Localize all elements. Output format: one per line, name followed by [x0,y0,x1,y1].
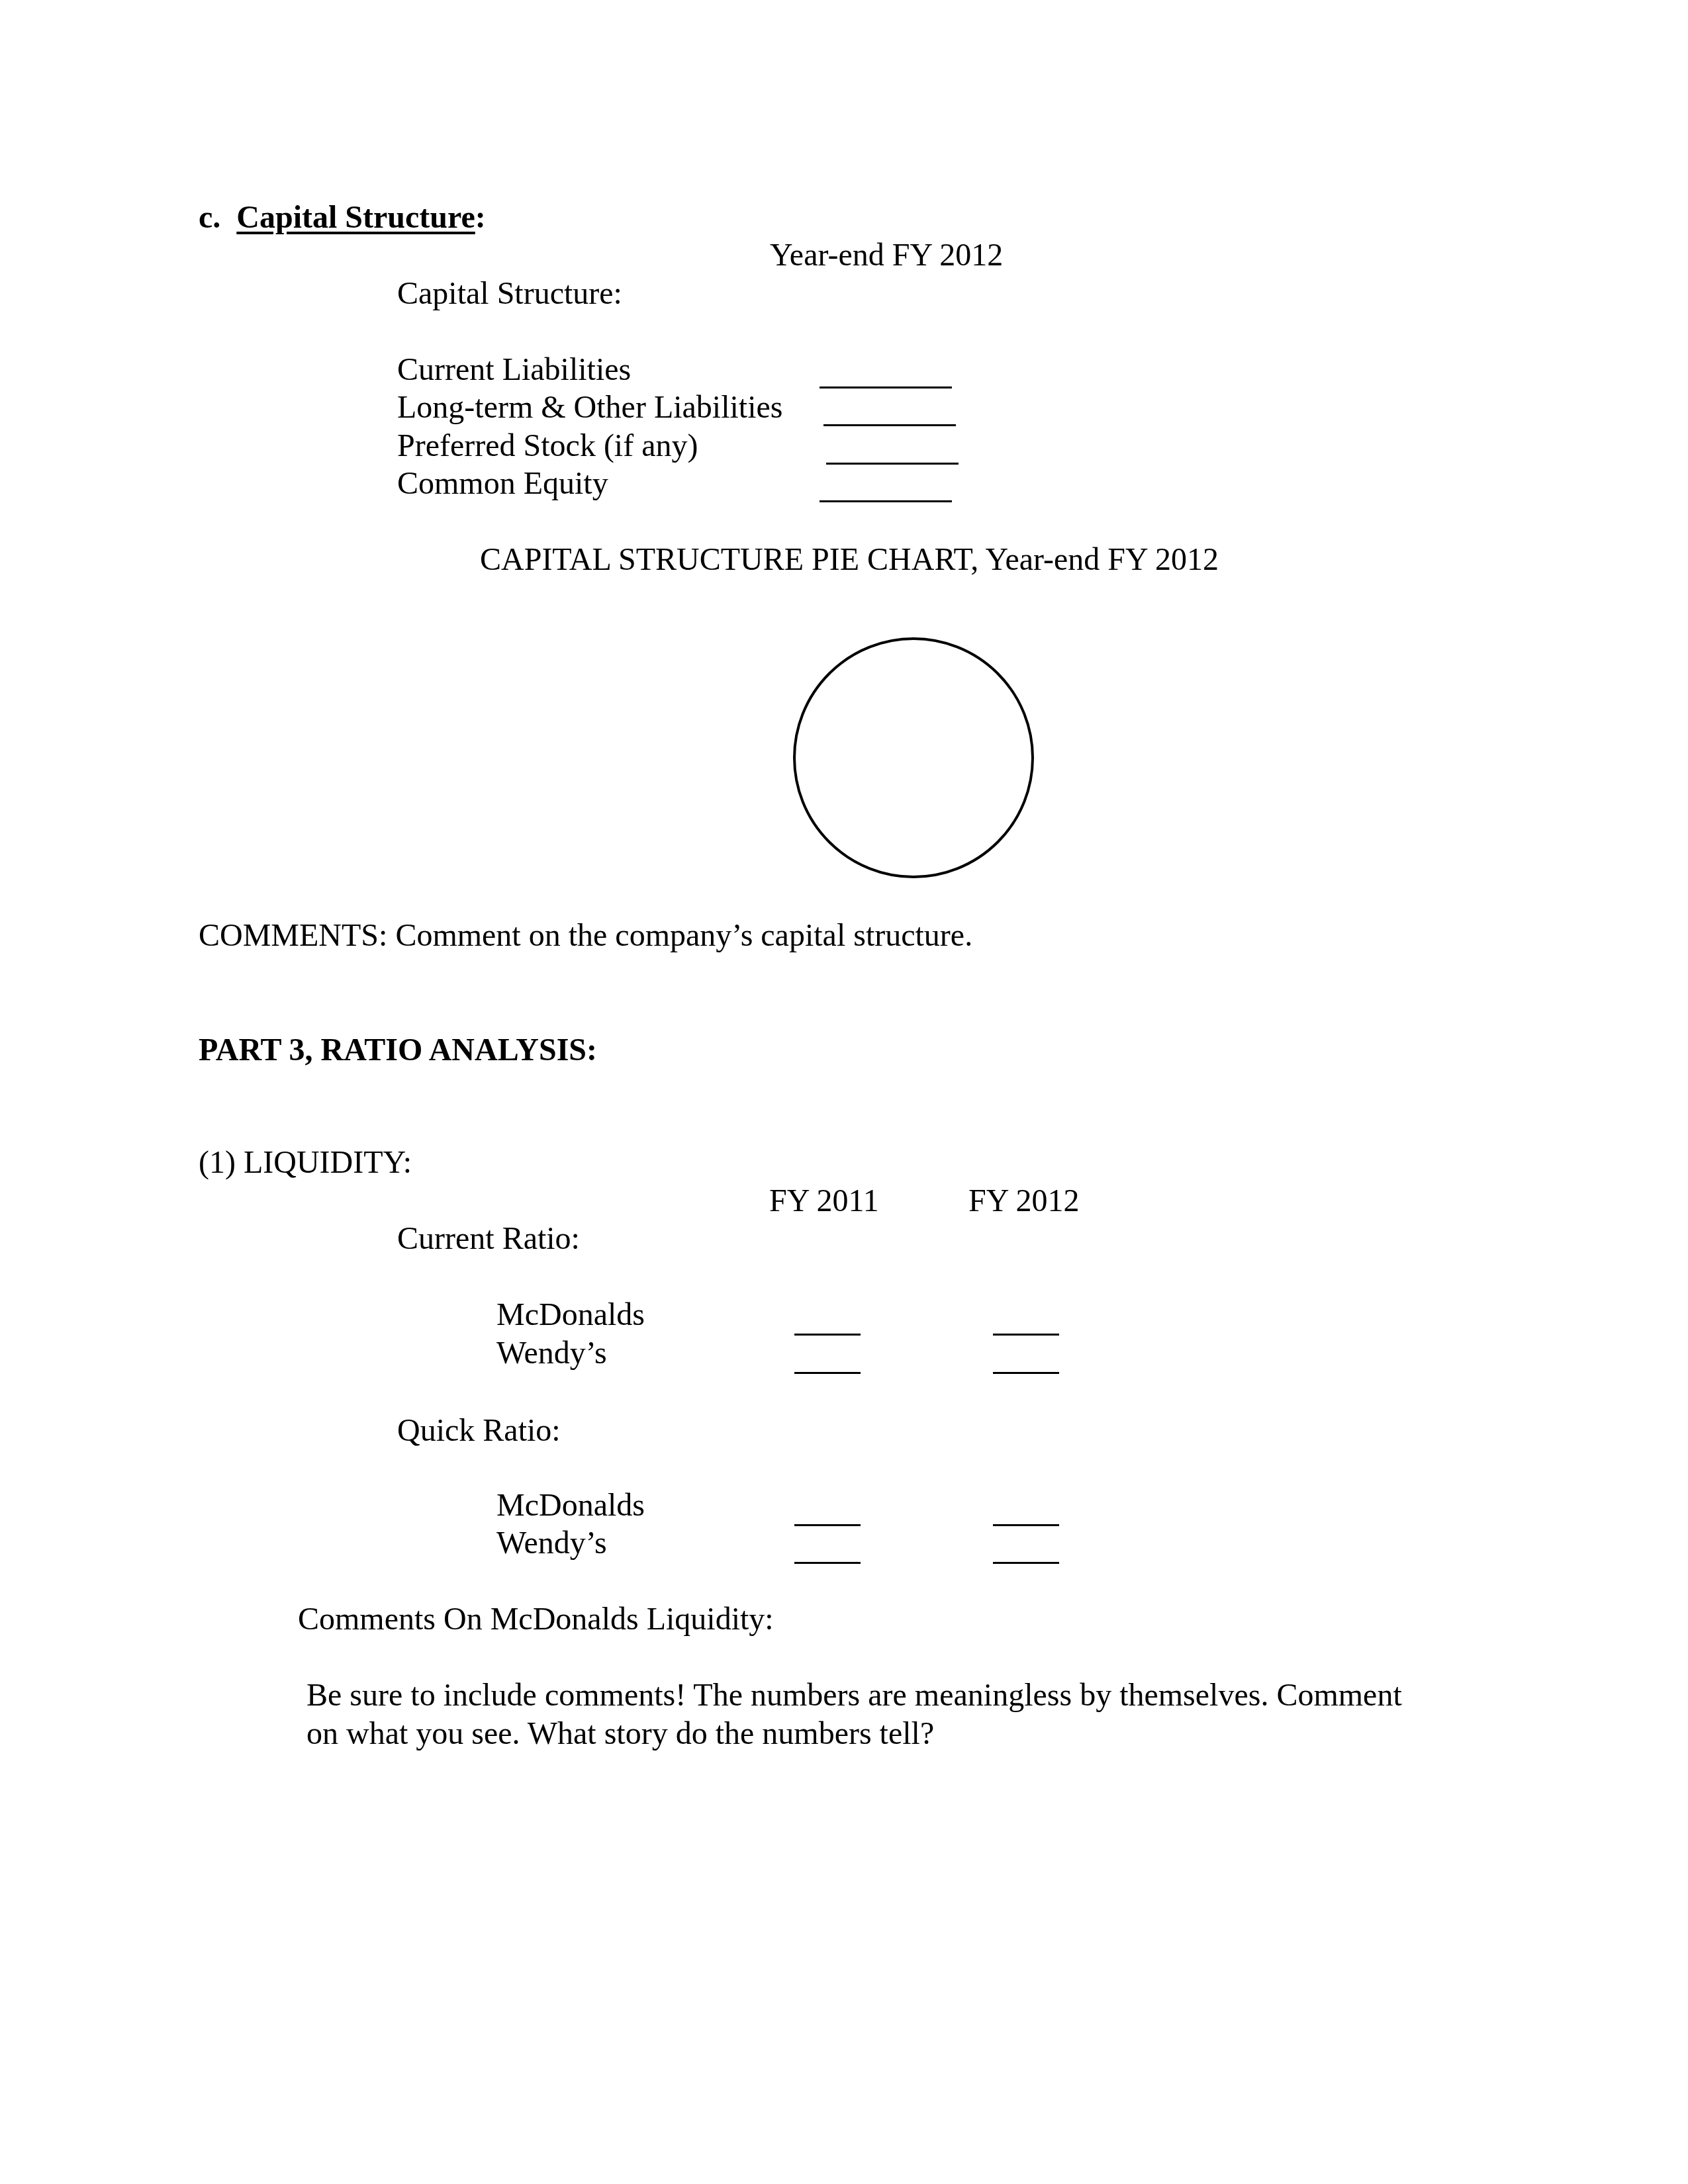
capital-structure-comments: COMMENTS: Comment on the company’s capit… [199,920,972,952]
row-label-preferred-stock: Preferred Stock (if any) [397,430,698,462]
current-ratio-wendys-fy2011[interactable] [794,1372,861,1374]
quick-ratio-mcdonalds-fy2011[interactable] [794,1524,861,1526]
column-fy2011: FY 2011 [769,1185,879,1217]
year-end-column-header: Year-end FY 2012 [770,240,1003,271]
row-label-common-equity: Common Equity [397,468,608,500]
current-ratio-mcdonalds-fy2012[interactable] [993,1334,1059,1336]
liquidity-comments-label: Comments On McDonalds Liquidity: [298,1604,774,1635]
instructions-line-1: Be sure to include comments! The numbers… [306,1680,1402,1711]
section-prefix: c. [199,200,220,235]
row-label-long-term-liabilities: Long-term & Other Liabilities [397,392,783,424]
current-ratio-wendys-fy2012[interactable] [993,1372,1059,1374]
quick-ratio-wendys-label: Wendy’s [496,1527,607,1559]
liquidity-heading: (1) LIQUIDITY: [199,1147,412,1179]
quick-ratio-wendys-fy2011[interactable] [794,1562,861,1564]
capital-structure-pie-chart [792,636,1035,880]
blank-current-liabilities[interactable] [820,387,952,388]
column-fy2012: FY 2012 [968,1185,1080,1217]
section-c-heading: c. Capital Structure: [199,202,486,234]
quick-ratio-mcdonalds-fy2012[interactable] [993,1524,1059,1526]
quick-ratio-wendys-fy2012[interactable] [993,1562,1059,1564]
blank-common-equity[interactable] [820,500,952,502]
instructions-line-2: on what you see. What story do the numbe… [306,1718,934,1750]
quick-ratio-label: Quick Ratio: [397,1415,561,1447]
part3-heading: PART 3, RATIO ANALYSIS: [199,1034,597,1066]
section-title: Capital Structure [236,200,475,235]
row-label-current-liabilities: Current Liabilities [397,354,631,386]
blank-long-term-liabilities[interactable] [823,424,956,426]
current-ratio-mcdonalds-fy2011[interactable] [794,1334,861,1336]
capital-structure-subheading: Capital Structure: [397,278,622,310]
pie-chart-title: CAPITAL STRUCTURE PIE CHART, Year-end FY… [480,544,1219,576]
quick-ratio-mcdonalds-label: McDonalds [496,1490,645,1522]
section-colon: : [475,200,486,235]
blank-preferred-stock[interactable] [826,463,959,465]
current-ratio-wendys-label: Wendy’s [496,1338,607,1369]
pie-outline [794,639,1033,877]
current-ratio-mcdonalds-label: McDonalds [496,1299,645,1331]
current-ratio-label: Current Ratio: [397,1223,580,1255]
